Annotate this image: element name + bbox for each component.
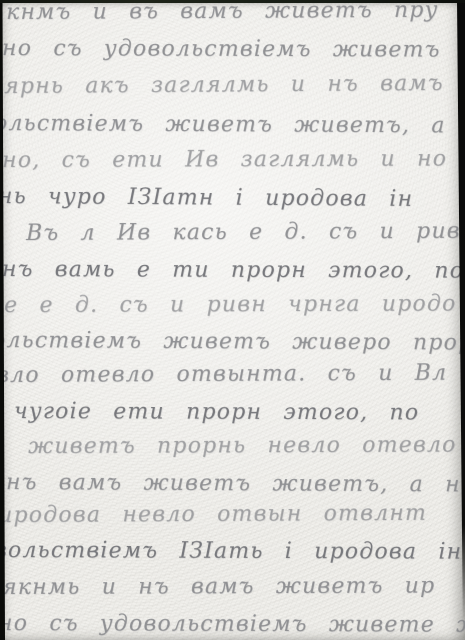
handwriting-line-16: вольствіемъ ІЗІать і иродова ін — [0, 538, 465, 565]
handwriting-line-8: нъ вамь е ти прорн этого, по — [2, 257, 465, 284]
handwriting-line-13: живетъ прорнь невло отевло — [28, 432, 465, 459]
handwriting-line-12: чугоіе ети прорн этого, по — [14, 399, 465, 426]
handwriting-line-10: ольствіемъ живетъ живеро прорн — [0, 328, 465, 356]
photo-edge-top — [0, 0, 465, 3]
handwriting-line-2: но съ удовольствіемъ живетъ жив — [2, 36, 465, 63]
handwriting-line-18: но съ удовольствіемъ живете живъ — [0, 611, 465, 638]
handwriting-line-9: е е д. съ и ривн чрнга иродо — [4, 291, 465, 318]
handwriting-line-5: но, съ ети Ив заглялмь и но — [2, 146, 465, 173]
handwriting-line-4: ольствіемъ живетъ живетъ, а н — [0, 111, 465, 139]
handwriting-line-7: Въ л Ив кась е д. съ и ривн — [26, 218, 465, 246]
handwriting-line-6: нь чуро ІЗІатн і иродова ін — [0, 184, 465, 213]
handwriting-line-14: нъ вамъ живетъ живетъ, а ни — [6, 470, 465, 498]
handwriting-line-1: кнмъ и въ вамъ живетъ пру — [6, 0, 465, 25]
handwriting-line-11: вло отевло отвынта. съ и Вл — [0, 360, 465, 388]
handwriting-line-3: ярнь акъ заглялмь и нъ вамъ — [4, 70, 465, 99]
wallpaper-paper-surface: кнмъ и въ вамъ живетъ пру но съ удовольс… — [0, 0, 465, 640]
handwriting-line-15: иродова невло отвын отвлнт — [0, 500, 465, 528]
wallpaper-photo: кнмъ и въ вамъ живетъ пру но съ удовольс… — [0, 0, 465, 640]
handwriting-line-17: якнмь и нъ вамъ живетъ ир — [2, 573, 465, 600]
